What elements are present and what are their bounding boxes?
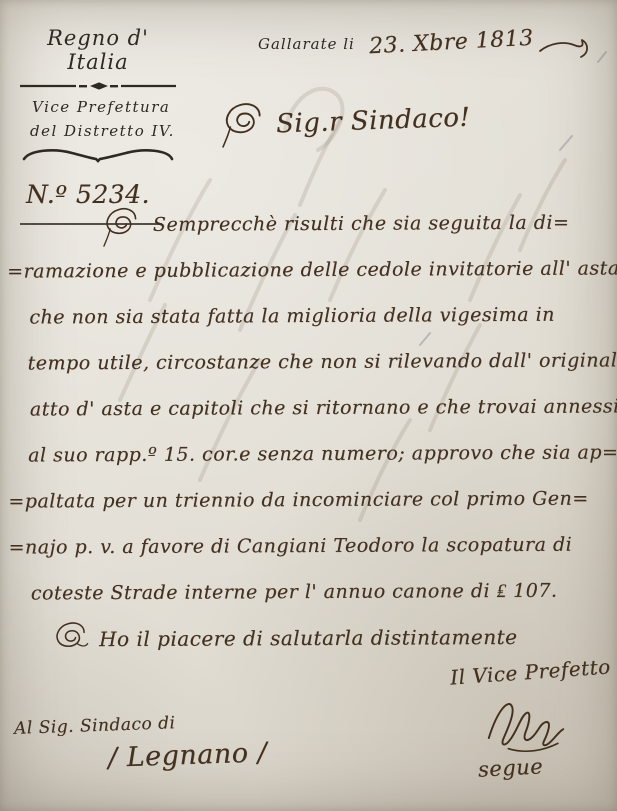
paraph-flourish bbox=[222, 100, 268, 150]
paraph-flourish bbox=[53, 619, 91, 661]
place-printed-label: Gallarate li bbox=[258, 30, 355, 53]
diamond-rule-ornament bbox=[18, 80, 178, 92]
dateline: Gallarate li 23. Xbre 1813 bbox=[258, 30, 592, 60]
body-line: =ramazione e pubblicazione delle cedole … bbox=[7, 248, 609, 297]
office-line-1: Vice Prefettura bbox=[32, 98, 182, 116]
kingdom-title: Regno d' Italia bbox=[14, 26, 182, 74]
salutation-text: Sig.r Sindaco! bbox=[276, 103, 471, 140]
office-line-2: del Distretto IV. bbox=[30, 122, 182, 140]
continuation-note: segue bbox=[477, 754, 543, 781]
date-flourish bbox=[538, 36, 592, 60]
closing-line: Ho il piacere di salutarla distintamente bbox=[9, 616, 611, 665]
date-handwritten: 23. Xbre 1813 bbox=[368, 26, 534, 60]
body-line: al suo rapp.º 15. cor.e senza numero; ap… bbox=[8, 432, 610, 481]
body-line: =najo p. v. a favore di Cangiani Teodoro… bbox=[8, 524, 610, 573]
body-line: atto d' asta e capitoli che si ritornano… bbox=[8, 386, 610, 435]
signature-flourish bbox=[478, 692, 574, 754]
letter-body: Semprecchè risulti che sia seguita la di… bbox=[7, 202, 611, 665]
body-line: coteste Strade interne per l' annuo cano… bbox=[9, 570, 611, 619]
addressee-place: / Legnano / bbox=[108, 737, 268, 774]
addressee-line: Al Sig. Sindaco di bbox=[14, 713, 176, 739]
body-line: tempo utile, circostanze che non si rile… bbox=[8, 340, 610, 389]
letter-scan-page: Regno d' Italia Vice Prefettura del Dist… bbox=[0, 0, 617, 811]
moustache-rule-ornament bbox=[20, 146, 176, 164]
closing-line-text: Ho il piacere di salutarla distintamente bbox=[99, 617, 518, 659]
body-line: =paltata per un triennio da incominciare… bbox=[8, 478, 610, 527]
letterhead: Regno d' Italia Vice Prefettura del Dist… bbox=[14, 26, 182, 225]
body-line-text: Semprecchè risulti che sia seguita la di… bbox=[153, 203, 570, 245]
paraph-flourish bbox=[103, 205, 143, 249]
body-line: Semprecchè risulti che sia seguita la di… bbox=[7, 202, 609, 251]
salutation: Sig.r Sindaco! bbox=[222, 100, 470, 150]
body-line: che non sia stata fatta la miglioria del… bbox=[7, 294, 609, 343]
